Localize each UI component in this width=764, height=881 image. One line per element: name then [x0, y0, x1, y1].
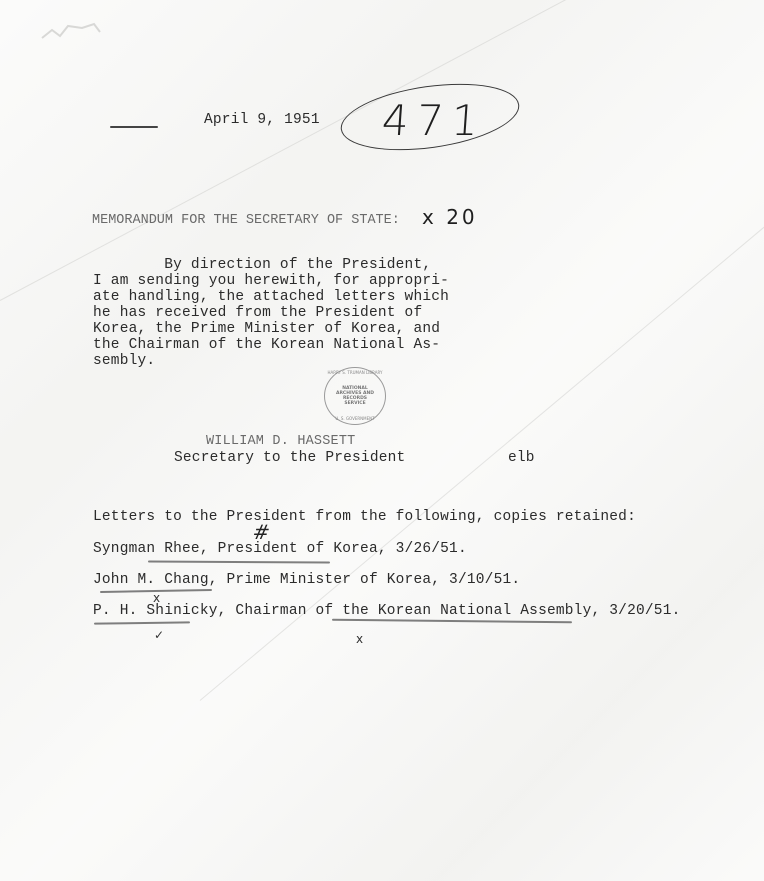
body-line: sembly.: [93, 354, 155, 369]
body-line: By direction of the President,: [93, 258, 431, 273]
letters-intro: Letters to the President from the follow…: [93, 510, 636, 525]
check-mark-icon: x: [356, 632, 363, 646]
document-page: April 9, 1951 471 MEMORANDUM FOR THE SEC…: [0, 0, 764, 881]
body-line: Korea, the Prime Minister of Korea, and: [93, 322, 440, 337]
memo-date: April 9, 1951: [204, 113, 320, 128]
body-line: he has received from the President of: [93, 306, 422, 321]
signer-name: WILLIAM D. HASSETT: [206, 435, 355, 449]
date-dash: [110, 126, 158, 128]
body-line: I am sending you herewith, for appropri-: [93, 274, 449, 289]
archive-stamp: HARRY S. TRUMAN LIBRARY NATIONAL ARCHIVE…: [324, 367, 386, 425]
stamp-center-line: SERVICE: [336, 401, 374, 406]
heading-annotation: x 20: [422, 205, 478, 229]
pencil-underline: [332, 619, 572, 624]
signer-title: Secretary to the President: [174, 451, 405, 466]
check-mark-icon: ✓: [154, 628, 164, 642]
memo-heading: MEMORANDUM FOR THE SECRETARY OF STATE:: [92, 214, 400, 228]
letter-item: P. H. Shinicky, Chairman of the Korean N…: [93, 604, 681, 619]
stamp-ring-top: HARRY S. TRUMAN LIBRARY: [325, 370, 385, 375]
typist-initials: elb: [508, 451, 535, 466]
pencil-underline: [148, 561, 330, 564]
body-line: ate handling, the attached letters which: [93, 290, 449, 305]
pencil-underline: [94, 621, 190, 624]
body-line: the Chairman of the Korean National As-: [93, 338, 440, 353]
letter-item: Syngman Rhee, President of Korea, 3/26/5…: [93, 542, 467, 557]
stamp-ring-bottom: U. S. GOVERNMENT: [325, 416, 385, 421]
file-number: 471: [380, 96, 488, 145]
letter-item: John M. Chang, Prime Minister of Korea, …: [93, 573, 520, 588]
embossed-mark-icon: [38, 18, 118, 46]
